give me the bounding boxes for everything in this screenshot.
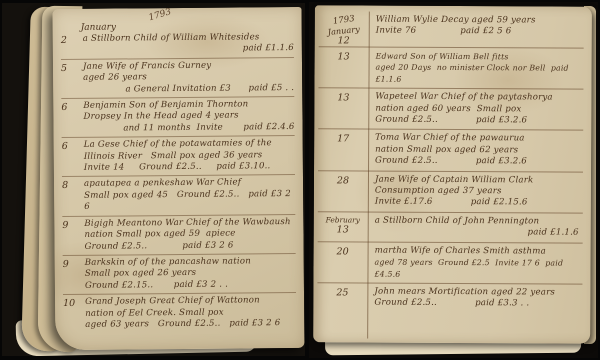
entry-body: Grand Joseph Great Chief of Wattonon nat… — [85, 295, 296, 331]
entry-line: Ground £2.5.. paid £3.2.6 — [375, 156, 579, 168]
ledger-entry: 5 Jane Wife of Francis Gurney aged 26 ye… — [61, 60, 294, 99]
entry-body: apautapea a penkeshaw War Chief Small po… — [84, 177, 295, 213]
entry-day: 13 — [337, 224, 349, 235]
ledger-entry: 25 John mears Mortification aged 22 year… — [317, 283, 582, 313]
entry-line: Invite £.17.6 paid £2.15.6 — [375, 197, 579, 209]
entry-line: Bigigh Meantono War Chief of the Wawbaus… — [84, 217, 295, 230]
left-page: 1793 January 2 a Stillborn Child of Will… — [53, 7, 305, 350]
entry-day: 17 — [337, 134, 349, 145]
entry-day: 6 — [62, 140, 84, 174]
page-month: January — [81, 21, 294, 33]
entry-day: 28 — [337, 175, 349, 186]
entry-date-cell: 13 — [318, 89, 368, 129]
entry-line: Invite 76 paid £2 5 6 — [376, 26, 580, 38]
ledger-entry: 20 martha Wife of Charles Smith asthma a… — [317, 242, 582, 285]
entry-body: Bigigh Meantono War Chief of the Wawbaus… — [84, 217, 295, 253]
manuscript-photo: 1793 January 2 a Stillborn Child of Will… — [0, 0, 600, 360]
entry-line: a General Invitation £3 paid £5 . . — [83, 83, 294, 96]
ledger-entry: 6 Benjamin Son of Benjamin Thornton Drop… — [61, 99, 294, 138]
entry-day: 6 — [61, 101, 83, 135]
entry-line: Small pox aged 45 Ground £2.5.. paid £3 … — [84, 189, 295, 214]
entry-day: 25 — [336, 287, 348, 298]
entry-line: Ground £2.5.. paid £3 2 6 — [85, 239, 296, 252]
entry-line: and 11 months Invite paid £2.4.6 — [84, 122, 295, 135]
entry-date-cell: 28 — [318, 171, 368, 211]
entry-date-cell: 13 — [318, 47, 368, 87]
entry-line: Wapeteel War Chief of the paytashorya — [375, 92, 579, 104]
entry-day: 10 — [63, 297, 85, 331]
entry-line: aged 78 years Ground £2.5 Invite 17 6 pa… — [374, 257, 578, 281]
entry-line: Ground £2.5.. paid £3.3 . . — [374, 298, 578, 310]
right-page: 1793 January 12 William Wylie Decay aged… — [313, 5, 592, 343]
entry-day: 8 — [62, 179, 84, 213]
entry-day: 13 — [338, 51, 350, 62]
entry-body: La Gese Chief of the potawatamies of the… — [84, 138, 295, 174]
entry-body: Jane Wife of Francis Gurney aged 26 year… — [83, 60, 294, 96]
entry-body: John mears Mortification aged 22 years G… — [367, 283, 582, 313]
entry-day: 2 — [61, 34, 83, 57]
ledger-entry: 1793 January 12 William Wylie Decay aged… — [319, 11, 584, 48]
ledger-entry: 13 Wapeteel War Chief of the paytashorya… — [318, 89, 583, 132]
entry-body: Edward Son of William Bell fitts aged 20… — [368, 48, 583, 89]
ledger-entry: 2 a Stillborn Child of William Whiteside… — [61, 32, 294, 60]
entry-line: Ground £2.5.. paid £3.2.6 — [375, 115, 579, 127]
entry-day: 5 — [61, 62, 83, 96]
entry-date-cell: 25 — [317, 283, 367, 312]
entry-day: 9 — [62, 219, 84, 253]
entry-body: a Stillborn Child of William Whitesides … — [83, 32, 294, 57]
entry-date-cell: 20 — [317, 242, 367, 282]
entry-body: martha Wife of Charles Smith asthma aged… — [367, 242, 582, 283]
entry-day: 9 — [63, 258, 85, 292]
ledger-entry: 13 Edward Son of William Bell fitts aged… — [318, 47, 583, 90]
entry-day: 20 — [337, 246, 349, 257]
ledger-entry: 17 Toma War Chief of the pawaurua nation… — [318, 130, 583, 173]
ledger-entry: 8 apautapea a penkeshaw War Chief Small … — [62, 177, 295, 216]
entry-month: February — [318, 216, 368, 224]
entry-line: La Gese Chief of the potawatamies of the — [84, 138, 295, 151]
ledger-table: 1793 January 12 William Wylie Decay aged… — [317, 11, 584, 339]
left-page-photo: 1793 January 2 a Stillborn Child of Will… — [2, 3, 305, 356]
entry-body: Wapeteel War Chief of the paytashorya na… — [368, 89, 583, 130]
entry-date-cell: 17 — [318, 130, 368, 170]
ledger-entry: 10 Grand Joseph Great Chief of Wattonon … — [63, 295, 296, 333]
entry-body: a Stillborn Child of John Pennington pai… — [368, 212, 583, 242]
ledger-entry: 9 Bigigh Meantono War Chief of the Wawba… — [62, 217, 295, 256]
entry-body: Toma War Chief of the pawaurua nation Sm… — [368, 130, 583, 171]
entry-body: William Wylie Decay aged 59 years Invite… — [369, 12, 584, 48]
entry-body: Jane Wife of Captain William Clark Consu… — [368, 171, 583, 212]
entry-line: paid £1.1.6 — [83, 43, 294, 56]
entry-line: Invite 14 Ground £2.5.. paid £3.10.. — [84, 161, 295, 174]
entry-line: aged 20 Days no minister Clock nor Bell … — [375, 62, 579, 86]
entry-date-cell: 1793 January 12 — [319, 11, 369, 46]
entry-date-cell: February 13 — [318, 212, 368, 241]
ledger-entry: 6 La Gese Chief of the potawatamies of t… — [62, 138, 295, 177]
entry-line: Ground £2.15.. paid £3 2 . . — [85, 279, 296, 292]
ledger-entry: 28 Jane Wife of Captain William Clark Co… — [318, 171, 583, 214]
entry-body: Benjamin Son of Benjamin Thornton Dropse… — [83, 99, 294, 135]
ledger-entry: 9 Barkskin of of the pancashaw nation Sm… — [63, 256, 296, 295]
ledger-entry: February 13 a Stillborn Child of John Pe… — [318, 212, 583, 243]
entry-line: aged 63 years Ground £2.5.. paid £3 2 6 — [85, 318, 296, 331]
entry-day: 12 — [338, 35, 350, 46]
right-page-photo: 1793 January 12 William Wylie Decay aged… — [309, 2, 598, 358]
page-year: 1793 — [148, 7, 173, 23]
entry-line: a Stillborn Child of John Pennington — [375, 215, 579, 227]
entry-line: Toma War Chief of the pawaurua — [375, 133, 579, 145]
entry-day: 13 — [337, 93, 349, 104]
entry-body: Barkskin of of the pancashaw nation Smal… — [85, 256, 296, 292]
entry-line: paid £1.1.6 — [375, 227, 579, 239]
